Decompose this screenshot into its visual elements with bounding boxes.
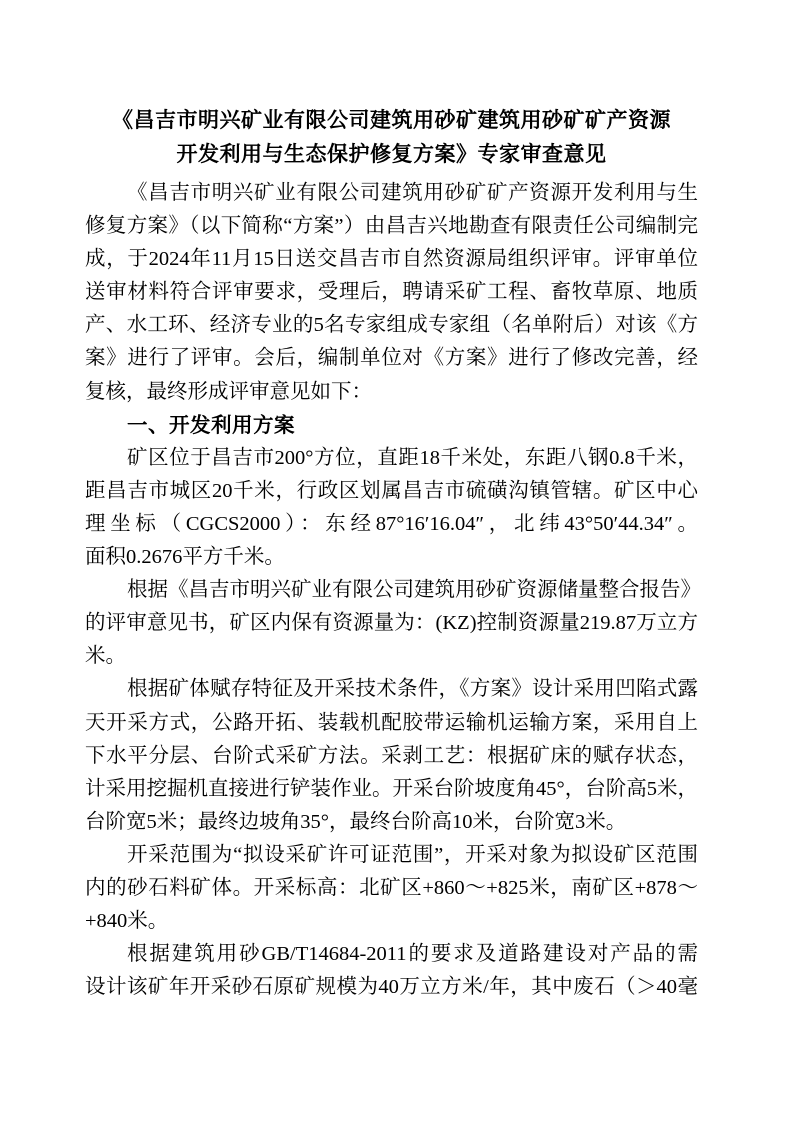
document-content: 《昌吉市明兴矿业有限公司建筑用砂矿建筑用砂矿矿产资源 开发利用与生态保护修复方案… [85,104,698,1004]
text-line: 根据《昌吉市明兴矿业有限公司建筑用砂矿资源储量整合报告》 [85,574,698,607]
text-line: 矿区位于昌吉市200°方位，直距18千米处，东距八钢0.8千米， [85,442,698,475]
paragraph-mine-location: 矿区位于昌吉市200°方位，直距18千米处，东距八钢0.8千米， 距昌吉市城区2… [85,442,698,574]
paragraph-resource-reserves: 根据《昌吉市明兴矿业有限公司建筑用砂矿资源储量整合报告》 的评审意见书，矿区内保… [85,574,698,673]
text-line: +840米。 [85,905,698,938]
title-line-1: 《昌吉市明兴矿业有限公司建筑用砂矿建筑用砂矿矿产资源 [85,104,698,138]
text-line: 下水平分层、台阶式采矿方法。采剥工艺：根据矿床的赋存状态，设 [85,740,698,773]
paragraph-intro: 《昌吉市明兴矿业有限公司建筑用砂矿矿产资源开发利用与生态保护 修复方案》（以下简… [85,177,698,409]
paragraph-mining-method: 根据矿体赋存特征及开采技术条件，《方案》设计采用凹陷式露 天开采方式，公路开拓、… [85,673,698,838]
text-line: 设计该矿年开采砂石原矿规模为40万立方米/年，其中废石（＞40毫米 [85,971,698,1004]
text-line: 复核，最终形成评审意见如下： [85,376,698,409]
text-line: 修复方案》（以下简称“方案”）由昌吉兴地勘查有限责任公司编制完 [85,210,698,243]
text-line: 根据矿体赋存特征及开采技术条件，《方案》设计采用凹陷式露 [85,673,698,706]
text-line: 米。 [85,640,698,673]
text-line: 根据建筑用砂GB/T14684-2011的要求及道路建设对产品的需求， [85,938,698,971]
text-line: 送审材料符合评审要求，受理后，聘请采矿工程、畜牧草原、地质矿 [85,276,698,309]
text-line: 内的砂石料矿体。开采标高：北矿区+860～+825米，南矿区+878～ [85,872,698,905]
text-line: 《昌吉市明兴矿业有限公司建筑用砂矿矿产资源开发利用与生态保护 [85,177,698,210]
text-line: 理坐标（CGCS2000）：东经87°16′16.04″，北纬43°50′44.… [85,508,698,541]
text-line: 台阶宽5米；最终边坡角35°，最终台阶高10米，台阶宽3米。 [85,806,698,839]
text-line: 开采范围为“拟设采矿许可证范围”，开采对象为拟设矿区范围 [85,839,698,872]
section-1-heading: 一、开发利用方案 [85,409,698,442]
paragraph-mining-scope: 开采范围为“拟设采矿许可证范围”，开采对象为拟设矿区范围 内的砂石料矿体。开采标… [85,839,698,938]
text-line: 天开采方式，公路开拓、装载机配胶带运输机运输方案，采用自上而 [85,707,698,740]
text-line: 面积0.2676平方千米。 [85,541,698,574]
title-line-2: 开发利用与生态保护修复方案》专家审查意见 [85,138,698,172]
text-line: 产、水工环、经济专业的5名专家组成专家组（名单附后）对该《方 [85,309,698,342]
document-page: 《昌吉市明兴矿业有限公司建筑用砂矿建筑用砂矿矿产资源 开发利用与生态保护修复方案… [0,0,793,1122]
paragraph-production-scale: 根据建筑用砂GB/T14684-2011的要求及道路建设对产品的需求， 设计该矿… [85,938,698,1004]
text-line: 案》进行了评审。会后，编制单位对《方案》进行了修改完善，经专家 [85,342,698,375]
text-line: 距昌吉市城区20千米，行政区划属昌吉市硫磺沟镇管辖。矿区中心地 [85,475,698,508]
text-line: 计采用挖掘机直接进行铲装作业。开采台阶坡度角45°，台阶高5米， [85,773,698,806]
text-line: 成，于2024年11月15日送交昌吉市自然资源局组织评审。评审单位认为 [85,243,698,276]
document-title: 《昌吉市明兴矿业有限公司建筑用砂矿建筑用砂矿矿产资源 开发利用与生态保护修复方案… [85,104,698,172]
text-line: 的评审意见书，矿区内保有资源量为：(KZ)控制资源量219.87万立方 [85,607,698,640]
section-heading-text: 一、开发利用方案 [85,409,698,442]
